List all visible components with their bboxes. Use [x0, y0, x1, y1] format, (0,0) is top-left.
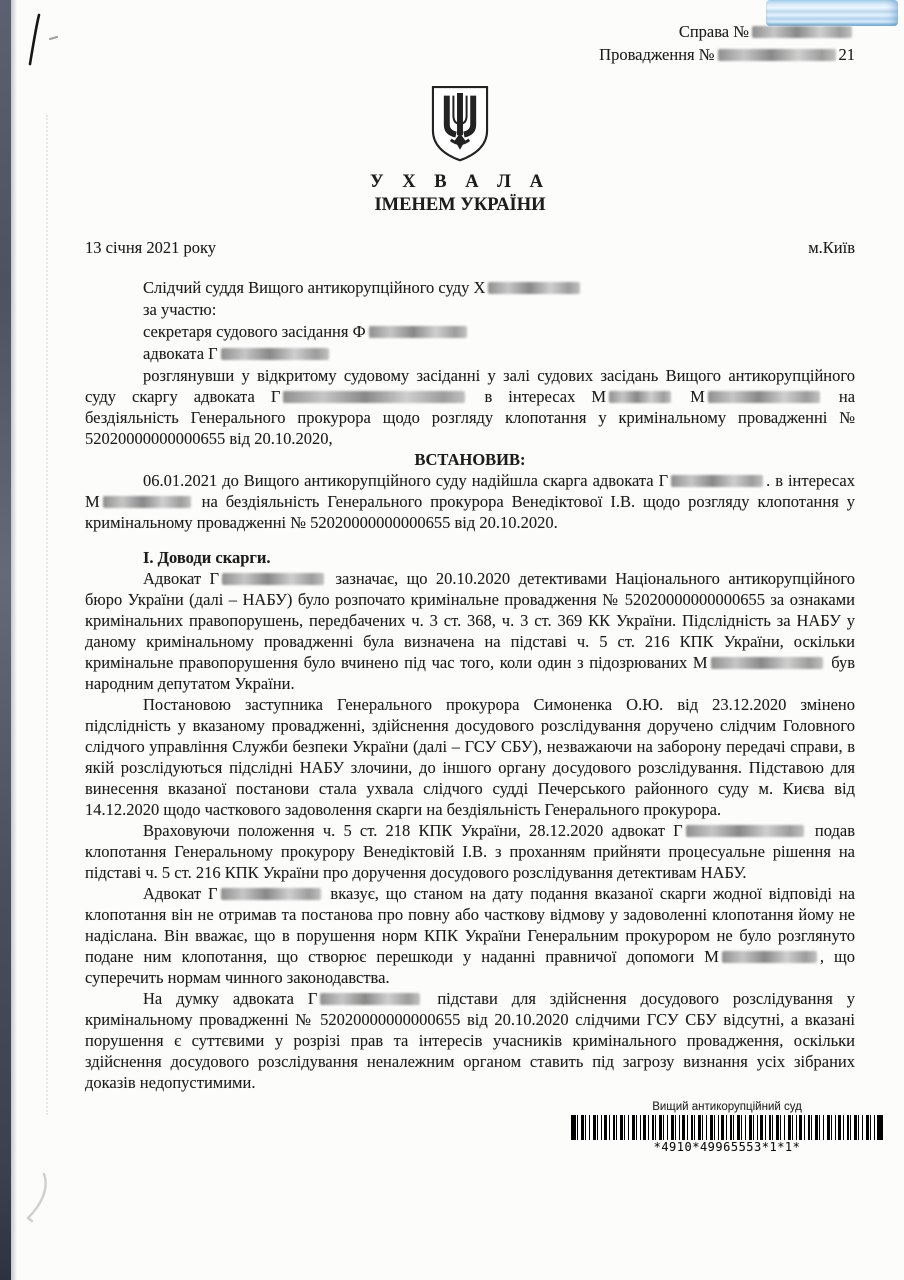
- case-header: Справа № Провадження №21: [85, 20, 855, 66]
- paragraph-hearing: розглянувши у відкритому судовому засіда…: [85, 365, 855, 449]
- redaction-bar: [283, 391, 465, 403]
- intro-line-participation: за участю:: [143, 299, 855, 321]
- barcode-stripes-icon: [571, 1115, 883, 1140]
- proceeding-label: Провадження №: [599, 45, 714, 64]
- proceeding-number-row: Провадження №21: [85, 43, 855, 66]
- court-barcode-block: Вищий антикорупційний суд *4910*49965553…: [571, 1101, 883, 1155]
- redaction-bar: [369, 326, 467, 338]
- redaction-bar: [609, 391, 671, 403]
- redaction-bar: [722, 951, 817, 963]
- redaction-bar: [671, 475, 763, 487]
- intro-line-judge: Слідчий суддя Вищого антикорупційного су…: [143, 277, 855, 299]
- redaction-bar: [488, 282, 580, 294]
- paragraph-resolution: Постановою заступника Генерального проку…: [85, 694, 855, 820]
- redaction-bar: [752, 26, 852, 38]
- redaction-bar: [221, 888, 321, 900]
- date-line: 13 січня 2021 року м.Київ: [85, 237, 855, 259]
- proceeding-suffix: 21: [839, 45, 856, 64]
- scanned-court-ruling-page: { "icons": { "emblem": "ukraine-trident-…: [0, 0, 904, 1280]
- paragraph-advocate-states: Адвокат Г зазначає, що 20.10.2020 детект…: [85, 568, 855, 694]
- paragraph-advocate-points: Адвокат Г вказує, що станом на дату пода…: [85, 883, 855, 988]
- pen-curl-icon: [20, 1172, 54, 1229]
- barcode-code: *4910*49965553*1*1*: [571, 1140, 883, 1155]
- paragraph-complaint-received: 06.01.2021 до Вищого антикорупційного су…: [85, 470, 855, 533]
- place-text: м.Київ: [808, 237, 855, 259]
- paragraph-advocate-opinion: На думку адвоката Г підстави для здійсне…: [85, 988, 855, 1093]
- participants-block: Слідчий суддя Вищого антикорупційного су…: [143, 277, 855, 365]
- redaction-bar: [221, 348, 329, 360]
- redaction-bar: [320, 993, 420, 1005]
- redaction-bar: [718, 49, 836, 61]
- intro-line-advocate: адвоката Г: [143, 343, 855, 365]
- document-body: Справа № Провадження №21 У Х В А Л А ІМЕ…: [0, 0, 904, 1155]
- case-number-row: Справа №: [85, 20, 855, 43]
- redaction-bar: [222, 573, 324, 585]
- title-ukhvala: У Х В А Л А: [65, 171, 855, 194]
- redaction-bar: [708, 391, 820, 403]
- paragraph-motion-filed: Враховуючи положення ч. 5 ст. 218 КПК Ук…: [85, 820, 855, 883]
- redaction-bar: [686, 825, 804, 837]
- date-text: 13 січня 2021 року: [85, 237, 216, 259]
- barcode-label: Вищий антикорупційний суд: [571, 1101, 883, 1114]
- established-heading: ВСТАНОВИВ:: [85, 449, 855, 470]
- coat-of-arms-wrap: [65, 84, 855, 169]
- case-label: Справа №: [679, 22, 749, 41]
- intro-line-secretary: секретаря судового засідання Ф: [143, 321, 855, 343]
- redaction-bar: [711, 657, 823, 669]
- ukraine-trident-icon: [427, 84, 493, 164]
- title-imenem-ukrainy: ІМЕНЕМ УКРАЇНИ: [65, 194, 855, 217]
- section-heading-arguments: І. Доводи скарги.: [143, 547, 855, 568]
- redaction-bar: [103, 496, 191, 508]
- document-title: У Х В А Л А ІМЕНЕМ УКРАЇНИ: [65, 171, 855, 217]
